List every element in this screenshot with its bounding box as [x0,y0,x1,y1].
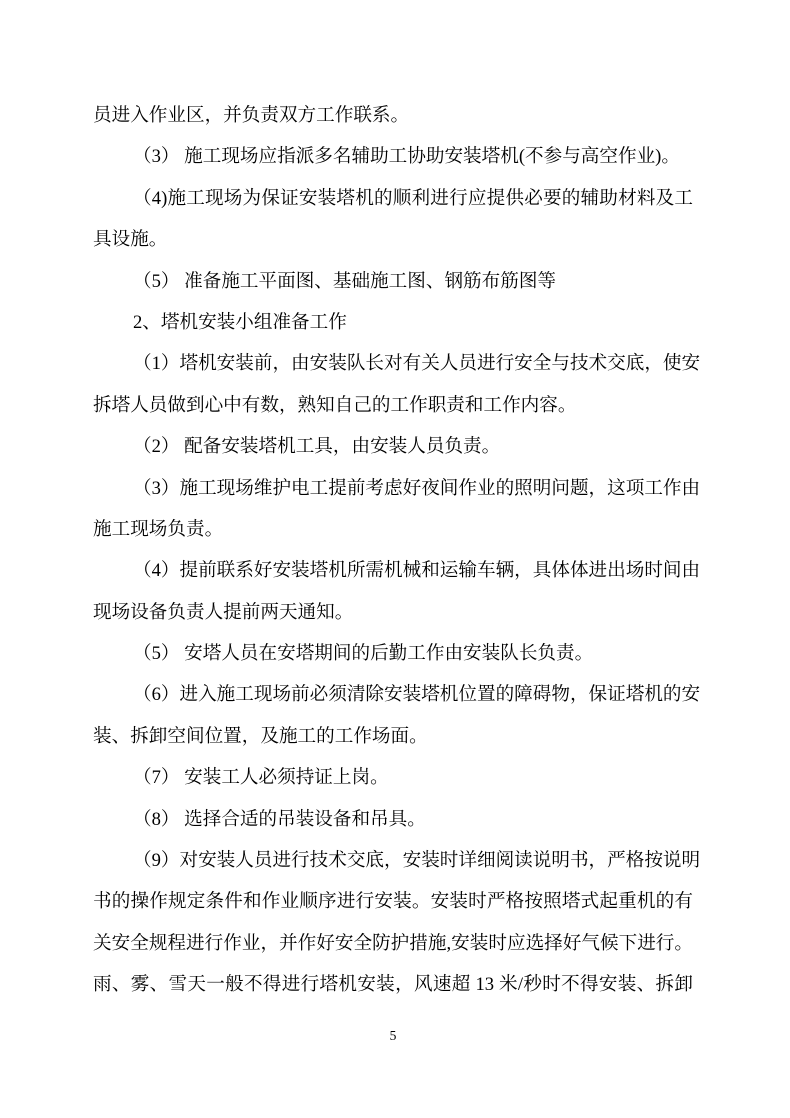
document-page: 员进入作业区，并负责双方工作联系。（3） 施工现场应指派多名辅助工协助安装塔机(… [0,0,790,1118]
text-line: （7） 安装工人必须持证上岗。 [93,757,693,798]
text-line: 装、拆卸空间位置，及施工的工作场面。 [93,716,693,757]
text-line: （3） 施工现场应指派多名辅助工协助安装塔机(不参与高空作业)。 [93,136,693,177]
text-line: （5） 准备施工平面图、基础施工图、钢筋布筋图等 [93,261,693,302]
page-number: 5 [390,1028,397,1043]
text-line: 书的操作规定条件和作业顺序进行安装。安装时严格按照塔式起重机的有 [93,881,693,922]
page-footer: 5 [93,1028,693,1044]
text-line: 现场设备负责人提前两天通知。 [93,592,693,633]
text-line: （9）对安装人员进行技术交底，安装时详细阅读说明书，严格按说明 [93,840,693,881]
text-line: （4)施工现场为保证安装塔机的顺利进行应提供必要的辅助材料及工 [93,178,693,219]
text-line: 员进入作业区，并负责双方工作联系。 [93,95,693,136]
text-line: 拆塔人员做到心中有数，熟知自己的工作职责和工作内容。 [93,385,693,426]
text-line: 具设施。 [93,219,693,260]
text-line: 施工现场负责。 [93,509,693,550]
text-line: （8） 选择合适的吊装设备和吊具。 [93,799,693,840]
text-line: （4）提前联系好安装塔机所需机械和运输车辆，具体体进出场时间由 [93,550,693,591]
text-line: 关安全规程进行作业，并作好安全防护措施,安装时应选择好气候下进行。 [93,923,693,964]
text-line: （6）进入施工现场前必须清除安装塔机位置的障碍物，保证塔机的安 [93,674,693,715]
text-line: （5） 安塔人员在安塔期间的后勤工作由安装队长负责。 [93,633,693,674]
text-line: （2） 配备安装塔机工具，由安装人员负责。 [93,426,693,467]
text-line: （3）施工现场维护电工提前考虑好夜间作业的照明问题，这项工作由 [93,468,693,509]
text-line: 雨、雾、雪天一般不得进行塔机安装，风速超 13 米/秒时不得安装、拆卸 [93,964,693,1005]
text-line: （1）塔机安装前，由安装队长对有关人员进行安全与技术交底，使安 [93,343,693,384]
document-text-block: 员进入作业区，并负责双方工作联系。（3） 施工现场应指派多名辅助工协助安装塔机(… [93,95,693,1006]
text-line: 2、塔机安装小组准备工作 [93,302,693,343]
